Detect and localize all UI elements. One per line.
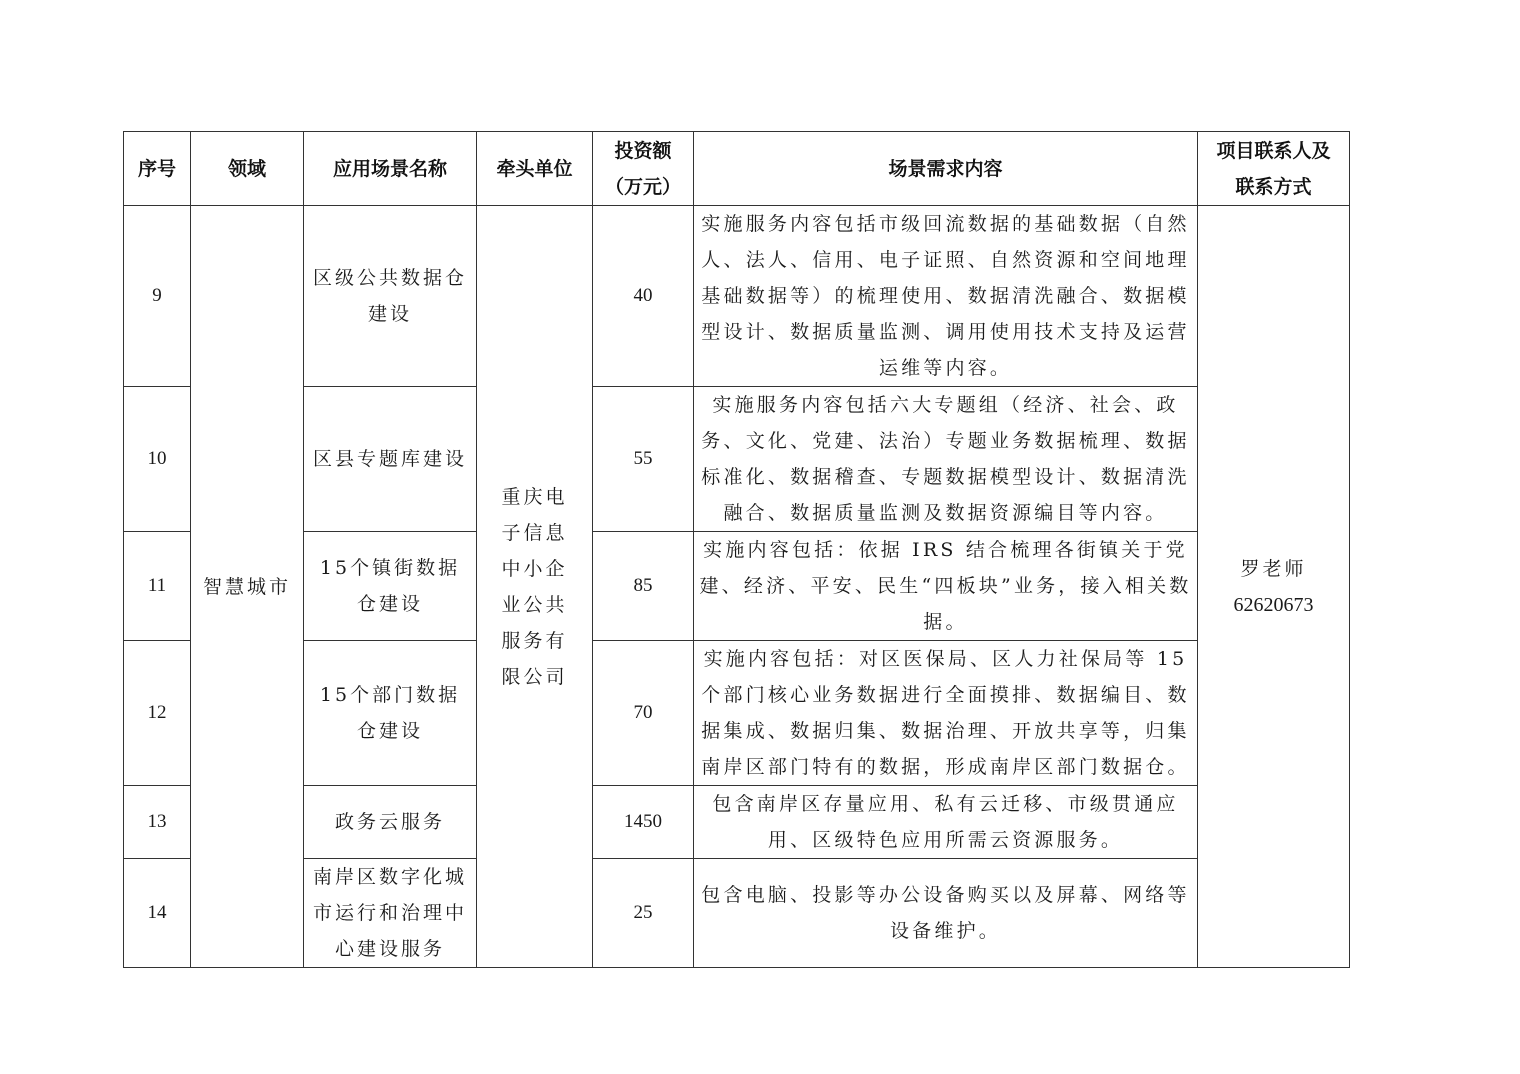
investment-cell: 85 [593, 532, 694, 641]
header-contact-line1: 项目联系人及 [1198, 133, 1349, 169]
header-contact: 项目联系人及 联系方式 [1198, 132, 1350, 206]
requirements-cell: 实施服务内容包括六大专题组（经济、社会、政务、文化、党建、法治）专题业务数据梳理… [694, 387, 1198, 532]
scenario-name-cell: 政务云服务 [304, 786, 477, 859]
scenario-name: 区级公共数据仓建设 [304, 260, 476, 332]
row-index: 13 [124, 786, 191, 859]
scenario-name: 区县专题库建设 [304, 441, 476, 477]
table-row: 14 南岸区数字化城市运行和治理中心建设服务 25 包含电脑、投影等办公设备购买… [124, 859, 1350, 968]
contact-phone: 62620673 [1198, 587, 1349, 623]
header-lead-unit: 牵头单位 [477, 132, 593, 206]
lead-unit: 重庆电子信息中小企业公共服务有限公司 [477, 479, 592, 695]
scenario-name-cell: 15个部门数据仓建设 [304, 641, 477, 786]
investment-cell: 70 [593, 641, 694, 786]
scenario-name-cell: 区级公共数据仓建设 [304, 206, 477, 387]
header-investment-line1: 投资额 [593, 133, 693, 169]
project-table: 序号 领域 应用场景名称 牵头单位 投资额 （万元） 场景需求内容 项目联系人及… [123, 131, 1350, 968]
header-contact-line2: 联系方式 [1198, 169, 1349, 205]
row-index: 11 [124, 532, 191, 641]
investment-cell: 25 [593, 859, 694, 968]
row-index: 12 [124, 641, 191, 786]
header-index: 序号 [124, 132, 191, 206]
row-index: 9 [124, 206, 191, 387]
requirements-cell: 实施内容包括：依据 IRS 结合梳理各街镇关于党建、经济、平安、民生“四板块”业… [694, 532, 1198, 641]
row-index: 10 [124, 387, 191, 532]
lead-unit-cell: 重庆电子信息中小企业公共服务有限公司 [477, 206, 593, 968]
requirements-cell: 包含南岸区存量应用、私有云迁移、市级贯通应用、区级特色应用所需云资源服务。 [694, 786, 1198, 859]
header-investment-line2: （万元） [593, 169, 693, 205]
table-row: 13 政务云服务 1450 包含南岸区存量应用、私有云迁移、市级贯通应用、区级特… [124, 786, 1350, 859]
requirements-cell: 实施内容包括：对区医保局、区人力社保局等 15 个部门核心业务数据进行全面摸排、… [694, 641, 1198, 786]
requirements-cell: 包含电脑、投影等办公设备购买以及屏幕、网络等设备维护。 [694, 859, 1198, 968]
table-row: 12 15个部门数据仓建设 70 实施内容包括：对区医保局、区人力社保局等 15… [124, 641, 1350, 786]
investment-cell: 1450 [593, 786, 694, 859]
contact-cell: 罗老师 62620673 [1198, 206, 1350, 968]
scenario-name-cell: 15个镇街数据仓建设 [304, 532, 477, 641]
scenario-name: 南岸区数字化城市运行和治理中心建设服务 [304, 859, 476, 967]
contact-name: 罗老师 [1198, 551, 1349, 587]
table-row: 10 区县专题库建设 55 实施服务内容包括六大专题组（经济、社会、政务、文化、… [124, 387, 1350, 532]
requirements-cell: 实施服务内容包括市级回流数据的基础数据（自然人、法人、信用、电子证照、自然资源和… [694, 206, 1198, 387]
investment-cell: 40 [593, 206, 694, 387]
scenario-name-cell: 区县专题库建设 [304, 387, 477, 532]
header-investment: 投资额 （万元） [593, 132, 694, 206]
domain-cell: 智慧城市 [191, 206, 304, 968]
header-scenario-name: 应用场景名称 [304, 132, 477, 206]
scenario-name-cell: 南岸区数字化城市运行和治理中心建设服务 [304, 859, 477, 968]
header-row: 序号 领域 应用场景名称 牵头单位 投资额 （万元） 场景需求内容 项目联系人及… [124, 132, 1350, 206]
row-index: 14 [124, 859, 191, 968]
header-domain: 领域 [191, 132, 304, 206]
scenario-name: 政务云服务 [304, 804, 476, 840]
header-requirements: 场景需求内容 [694, 132, 1198, 206]
scenario-name: 15个部门数据仓建设 [304, 677, 476, 749]
table-row: 9 智慧城市 区级公共数据仓建设 重庆电子信息中小企业公共服务有限公司 40 实… [124, 206, 1350, 387]
investment-cell: 55 [593, 387, 694, 532]
table-row: 11 15个镇街数据仓建设 85 实施内容包括：依据 IRS 结合梳理各街镇关于… [124, 532, 1350, 641]
scenario-name: 15个镇街数据仓建设 [304, 550, 476, 622]
